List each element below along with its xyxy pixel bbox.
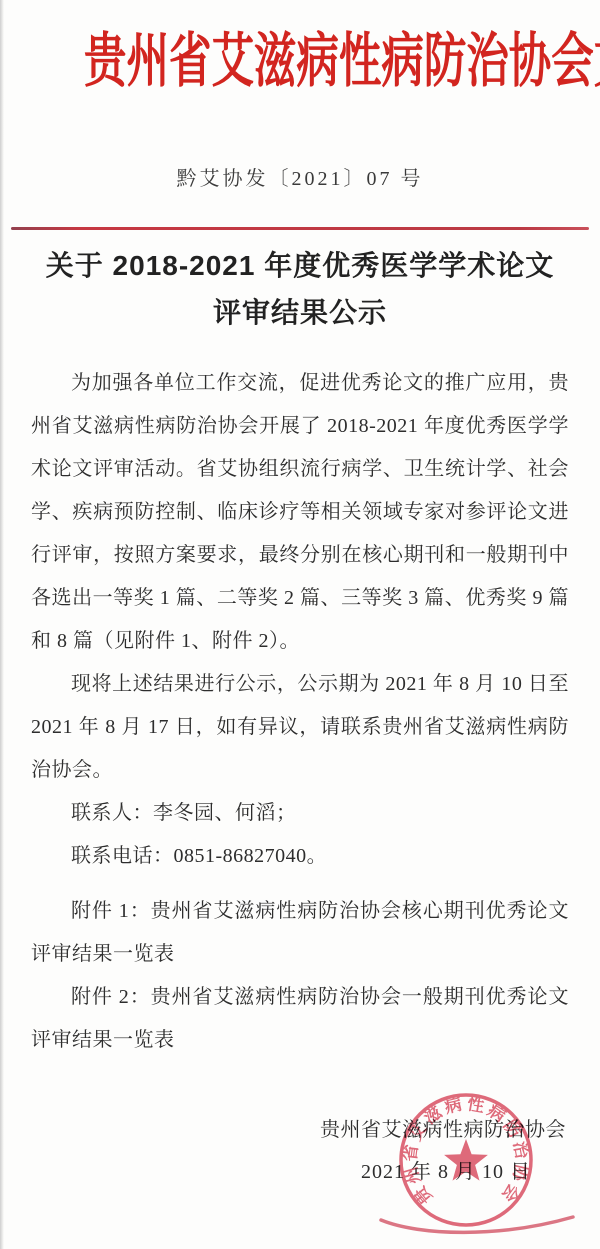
body-paragraph-1: 为加强各单位工作交流，促进优秀论文的推广应用，贵州省艾滋病性病防治协会开展了 2…: [31, 362, 569, 663]
attachment-1-line: 附件 1：贵州省艾滋病性病防治协会核心期刊优秀论文评审结果一览表: [31, 890, 569, 976]
letterhead-title: 贵州省艾滋病性病防治协会文件: [84, 22, 516, 100]
attachment-2-line: 附件 2：贵州省艾滋病性病防治协会一般期刊优秀论文评审结果一览表: [31, 976, 569, 1062]
signature-org: 贵州省艾滋病性病防治协会: [320, 1118, 572, 1142]
contact-person-line: 联系人：李冬园、何滔；: [31, 792, 569, 835]
official-document-page: 贵州省艾滋病性病防治协会文件 黔艾协发〔2021〕07 号 关于 2018-20…: [0, 0, 600, 1249]
signature-block: 贵州省艾滋病性病防治协会 2021 年 8 月 10 日: [320, 1118, 572, 1184]
red-rule-divider: [11, 227, 589, 230]
doc-number: 黔艾协发〔2021〕07 号: [0, 162, 600, 191]
body-paragraph-2: 现将上述结果进行公示，公示期为 2021 年 8 月 10 日至 2021 年 …: [31, 663, 569, 792]
document-title-line1: 关于 2018-2021 年度优秀医学学术论文: [0, 242, 600, 289]
document-title-line2: 评审结果公示: [0, 289, 600, 336]
signature-date: 2021 年 8 月 10 日: [320, 1160, 572, 1184]
seal-remnant-arc: [375, 1214, 580, 1242]
attachments-block: 附件 1：贵州省艾滋病性病防治协会核心期刊优秀论文评审结果一览表 附件 2：贵州…: [31, 890, 569, 1062]
document-title: 关于 2018-2021 年度优秀医学学术论文 评审结果公示: [0, 242, 600, 336]
document-body: 为加强各单位工作交流，促进优秀论文的推广应用，贵州省艾滋病性病防治协会开展了 2…: [31, 362, 569, 1062]
contact-block: 联系人：李冬园、何滔； 联系电话：0851-86827040。: [31, 792, 569, 878]
contact-phone-line: 联系电话：0851-86827040。: [31, 835, 569, 878]
